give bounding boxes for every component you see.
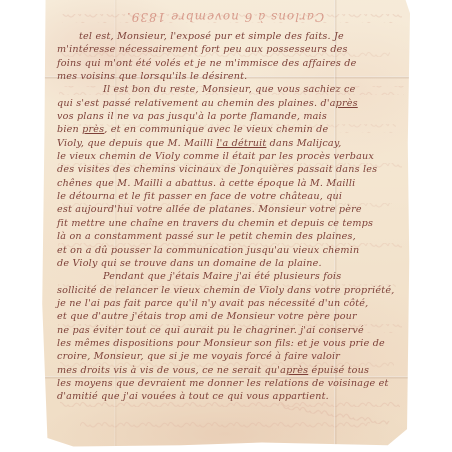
letter-line: bien près, et en communique avec le vieu… — [57, 123, 401, 136]
letter-line: foins qui m'ont été volés et je ne m'imm… — [57, 57, 401, 70]
letter-paper: Carlons à 6 novembre 1839. tel est, Mons… — [40, 0, 410, 447]
letter-paragraph: Il est bon du reste, Monsieur, que vous … — [57, 83, 401, 270]
letter-line: des visites des chemins vicinaux de Jonq… — [57, 163, 401, 176]
letter-line: et que d'autre j'étais trop ami de Monsi… — [57, 310, 401, 323]
letter-line: croire, Monsieur, que si je me voyais fo… — [57, 350, 401, 363]
letter-line: Pendant que j'étais Maire j'ai été plusi… — [57, 270, 401, 283]
letter-line: là on a constamment passé sur le petit c… — [57, 230, 401, 243]
letter-line: le vieux chemin de Violy comme il était … — [57, 150, 401, 163]
letter-line: les moyens que devraient me donner les r… — [57, 377, 401, 390]
letter-line: sollicité de relancer le vieux chemin de… — [57, 284, 401, 297]
letter-line: m'intéresse nécessairement fort peu aux … — [57, 43, 401, 56]
letter-paragraph: Pendant que j'étais Maire j'ai été plusi… — [57, 270, 401, 403]
letter-line: est aujourd'hui votre allée de platanes.… — [57, 203, 401, 216]
letter-line: chênes que M. Mailli a abattus. à cette … — [57, 177, 401, 190]
letter-line: de Violy qui se trouve dans un domaine d… — [57, 257, 401, 270]
letter-line: mes voisins que lorsqu'ils le désirent. — [57, 70, 401, 83]
docket-date-line: Carlons à 6 novembre 1839. — [95, 2, 355, 24]
letter-line: tel est, Monsieur, l'exposé pur et simpl… — [57, 30, 401, 43]
letter-line: vos plans il ne va pas jusqu'à la porte … — [57, 110, 401, 123]
letter-line: fit mettre une chaîne en travers du chem… — [57, 217, 401, 230]
letter-line: je ne l'ai pas fait parce qu'il n'y avai… — [57, 297, 401, 310]
letter-line: les mêmes dispositions pour Monsieur son… — [57, 337, 401, 350]
letter-line: Il est bon du reste, Monsieur, que vous … — [57, 83, 401, 96]
letter-line: Violy, que depuis que M. Mailli l'a détr… — [57, 137, 401, 150]
letter-line: ne pas éviter tout ce qui aurait pu le c… — [57, 324, 401, 337]
letter-line: qui s'est passé relativement au chemin d… — [57, 97, 401, 110]
letter-line: d'amitié que j'ai vouées à tout ce qui v… — [57, 390, 401, 403]
letter-line: et on a dû pousser la communication jusq… — [57, 244, 401, 257]
letter-line: mes droits vis à vis de vous, ce ne sera… — [57, 364, 401, 377]
letter-line: le détourna et le fit passer en face de … — [57, 190, 401, 203]
page-background: Carlons à 6 novembre 1839. tel est, Mons… — [0, 0, 452, 452]
letter-body: tel est, Monsieur, l'exposé pur et simpl… — [57, 30, 401, 404]
letter-paragraph: tel est, Monsieur, l'exposé pur et simpl… — [57, 30, 401, 83]
